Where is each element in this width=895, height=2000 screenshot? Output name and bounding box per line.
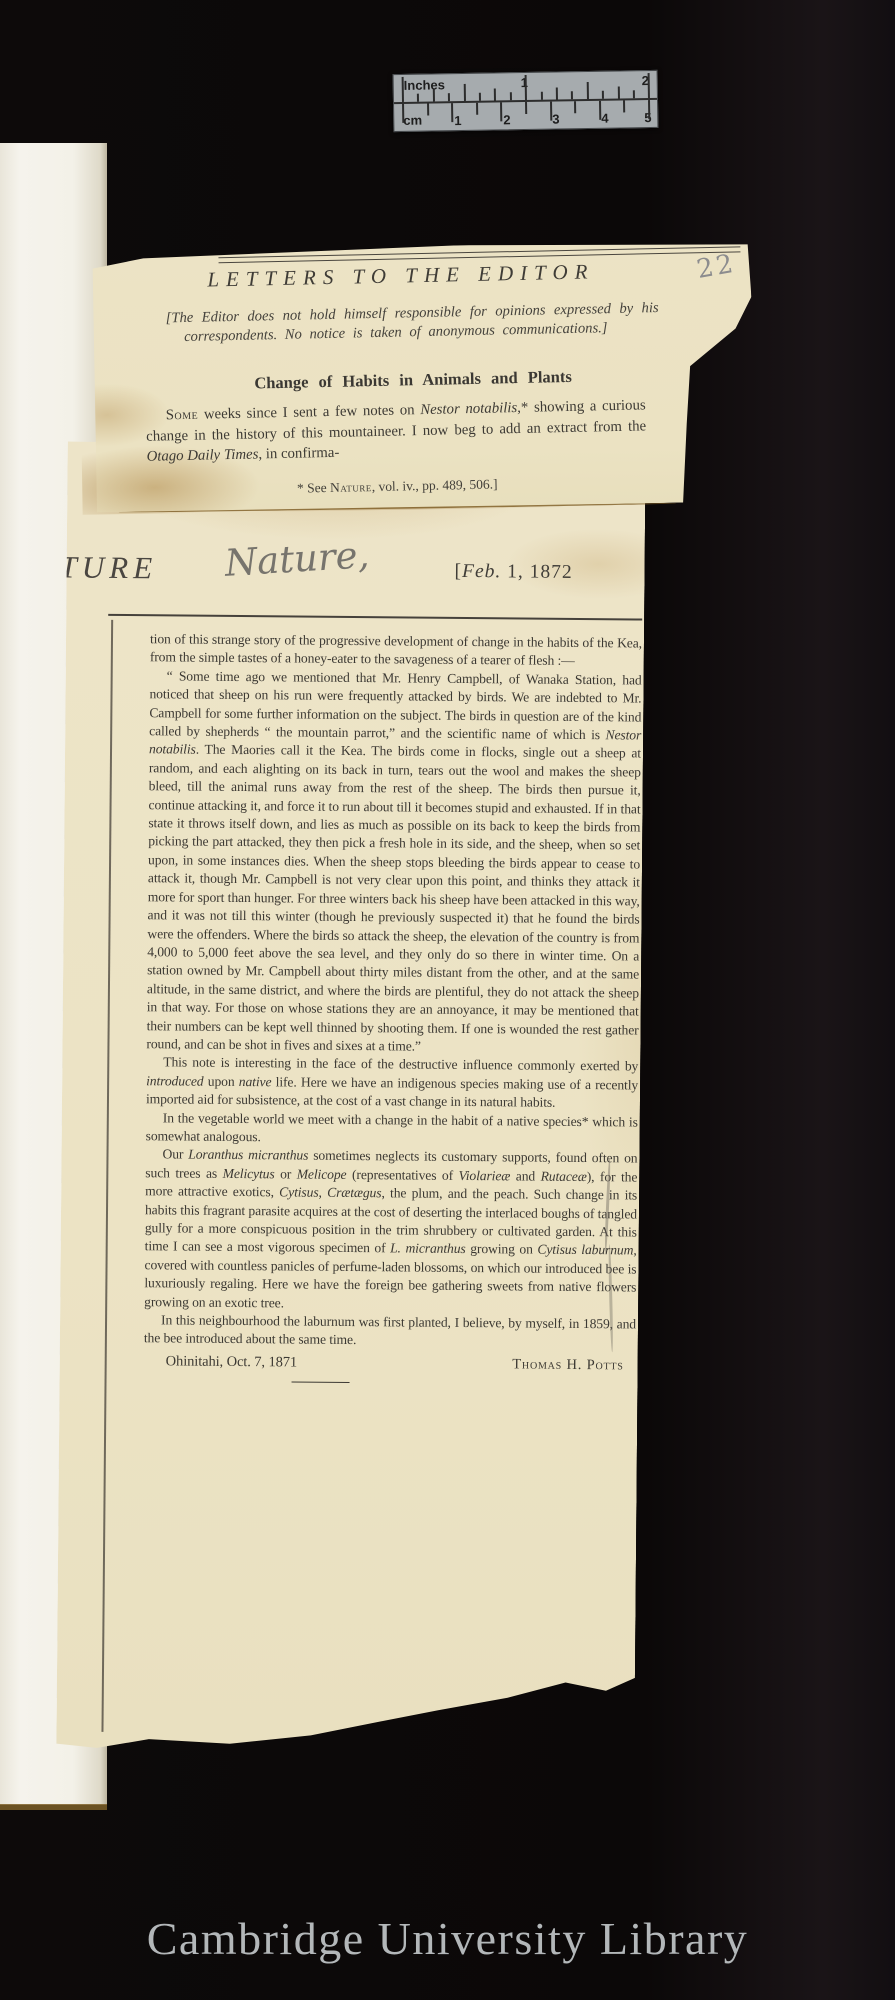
ruler-tick — [556, 87, 558, 99]
page-header-rule — [108, 614, 642, 621]
ruler-cm-number: 1 — [454, 113, 461, 128]
ruler-tick — [463, 84, 465, 101]
measurement-ruler: Inches 1 2 cm 1 2 3 4 5 — [393, 70, 659, 132]
ruler-tick — [427, 104, 429, 116]
author-signature: Thomas H. Potts — [512, 1355, 624, 1374]
ruler-tick — [494, 88, 496, 100]
ruler-tick — [623, 100, 625, 112]
ruler-inch-ticks — [394, 71, 657, 75]
issue-date: [Feb. 1, 1872 — [455, 561, 573, 584]
handwritten-page-number: 22 — [694, 249, 738, 285]
article-paragraph: tion of this strange story of the progre… — [150, 630, 642, 671]
ruler-tick — [525, 75, 527, 100]
article-heading: Change of Habits in Animals and Plants — [133, 364, 693, 396]
album-page-bottom-edge — [0, 1804, 107, 1810]
ruler-tick — [550, 102, 552, 121]
ruler-tick — [476, 103, 478, 115]
article-paragraph: In this neighbourhood the laburnum was f… — [144, 1311, 636, 1352]
ruler-tick — [417, 94, 419, 102]
ruler-tick — [599, 101, 601, 120]
ruler-tick — [448, 93, 450, 101]
ruler-tick — [479, 93, 481, 101]
article-end-rule — [292, 1382, 350, 1384]
ruler-tick — [500, 102, 502, 121]
ruler-tick — [617, 87, 619, 99]
ruler-tick — [540, 92, 542, 100]
article-opening: Some weeks since I sent a few notes on N… — [146, 395, 647, 467]
ruler-cm-number: 3 — [552, 111, 559, 126]
ruler-tick — [571, 91, 573, 99]
ruler-tick — [633, 90, 635, 98]
ruler-tick — [402, 77, 404, 102]
ruler-tick — [648, 73, 650, 98]
ruler-cm-label: cm — [403, 113, 422, 128]
ruler-tick — [433, 89, 435, 101]
handwritten-journal-annotation: Nature, — [224, 533, 371, 585]
ruler-inches-label: Inches — [404, 77, 445, 93]
column-rule — [101, 620, 113, 1732]
ruler-cm-number: 4 — [601, 111, 608, 126]
ruler-tick — [525, 102, 527, 114]
ruler-tick — [510, 92, 512, 100]
ruler-tick — [587, 82, 589, 99]
clipping-letters-to-editor: LETTERS TO THE EDITOR 22 [The Editor doe… — [90, 239, 755, 515]
library-caption: Cambridge University Library — [0, 1912, 895, 1965]
scan-background: Inches 1 2 cm 1 2 3 4 5 TURE Nature, [Fe… — [0, 0, 895, 2000]
section-title: LETTERS TO THE EDITOR — [121, 258, 681, 295]
ruler-tick — [402, 104, 404, 123]
dateline: Ohinitahi, Oct. 7, 1871 — [166, 1352, 298, 1372]
article-paragraph: In the vegetable world we meet with a ch… — [146, 1109, 638, 1150]
clipping-nature-page: TURE Nature, [Feb. 1, 1872 tion of this … — [56, 442, 645, 1757]
article-paragraph: Our Loranthus micranthus sometimes negle… — [144, 1146, 637, 1316]
journal-masthead-partial: TURE — [59, 549, 157, 586]
ruler-cm-number: 2 — [503, 112, 510, 127]
ruler-tick — [574, 101, 576, 113]
ruler-tick — [451, 103, 453, 122]
ruler-tick — [602, 91, 604, 99]
editor-disclaimer: [The Editor does not hold himself respon… — [166, 299, 660, 347]
article-body: tion of this strange story of the progre… — [144, 630, 643, 1386]
ruler-tick — [648, 100, 650, 119]
article-paragraph: This note is interesting in the face of … — [146, 1054, 638, 1114]
article-paragraph: “ Some time ago we mentioned that Mr. He… — [146, 667, 641, 1058]
article-footnote: * See Nature, vol. iv., pp. 489, 506.] — [147, 473, 647, 499]
